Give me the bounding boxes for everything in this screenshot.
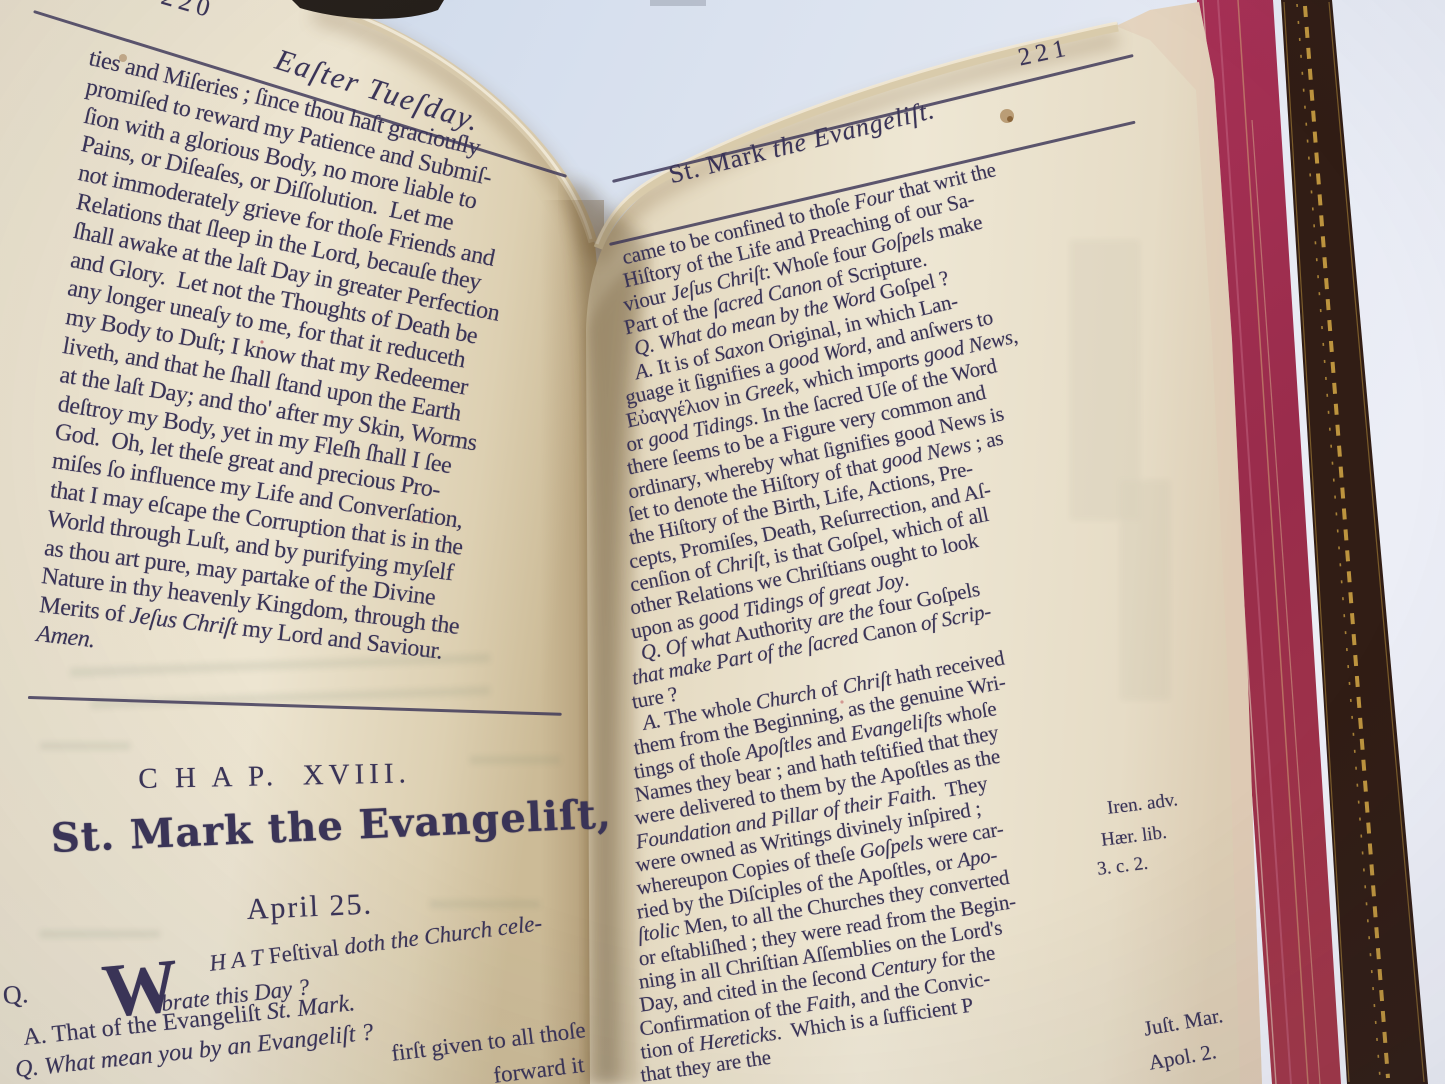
margin-note-line: 3. c. 2. [1096,854,1149,880]
right-page-number: 221 [1016,35,1073,72]
margin-note-line: Hær. lib. [1100,823,1168,851]
qa-line: forward it [492,1053,586,1084]
chapter-heading: C H A P. XVIII. [138,758,411,794]
qa-line: Q. [2,980,29,1009]
book-photograph: 220 Eaſter Tueſday. ties and Miſeries ; … [0,0,1445,1084]
margin-note-line: Juſt. Mar. [1142,1004,1225,1040]
prayer-line: Amen. [35,622,96,653]
margin-note-line: Apol. 2. [1147,1040,1218,1074]
margin-note-line: Iren. adv. [1106,790,1179,818]
left-section-rule [28,696,562,716]
chapter-title: St. Mark the Evangeliſt, [50,794,613,860]
left-page-number: 220 [158,0,217,23]
chapter-date: April 25. [246,888,374,925]
right-running-head: St. Mark the Evangeliſt. [666,96,938,189]
